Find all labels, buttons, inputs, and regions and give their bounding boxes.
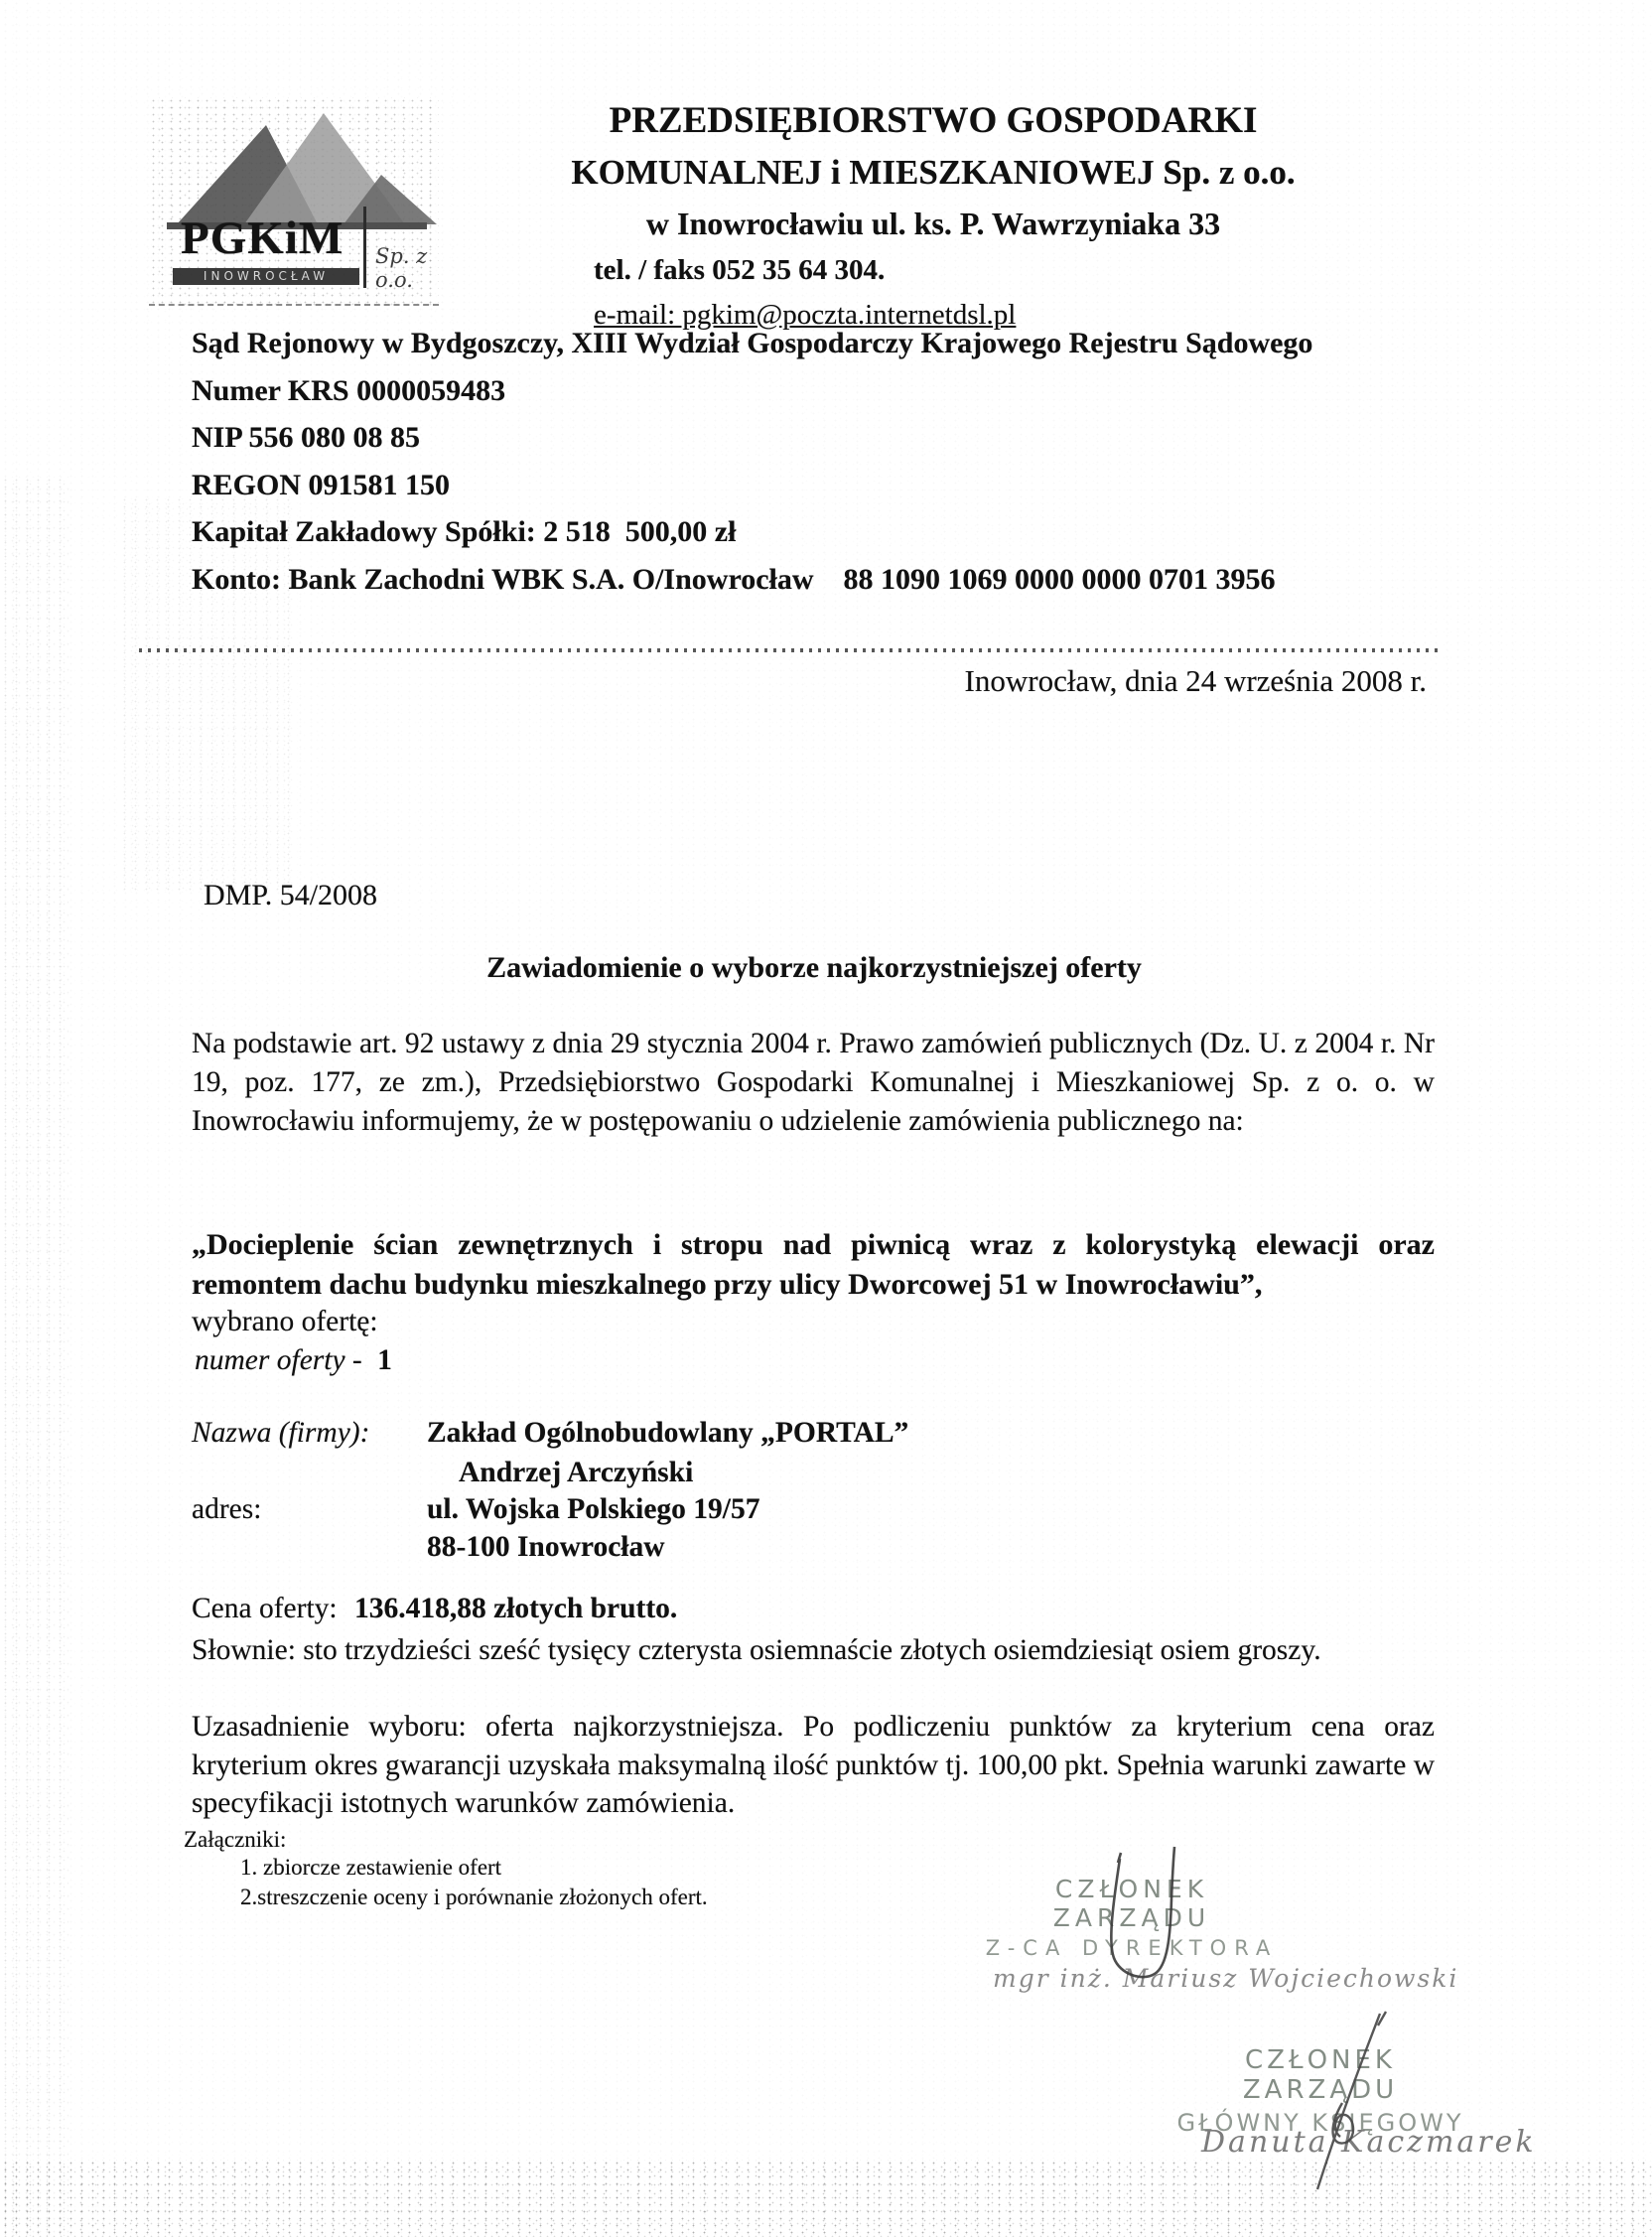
tender-subject: „Docieplenie ścian zewnętrznych i stropu… — [192, 1225, 1435, 1305]
address-label: adres: — [192, 1493, 261, 1526]
letterhead: PRZEDSIĘBIORSTWO GOSPODARKI KOMUNALNEJ i… — [417, 99, 1449, 332]
scan-noise-patch — [119, 496, 298, 894]
price-value: 136.418,88 złotych brutto. — [354, 1593, 677, 1624]
scanned-letter-page: PGKiM INOWROCŁAW Sp. z o.o. PRZEDSIĘBIOR… — [0, 0, 1652, 2237]
stamp2-signatory-name: Danuta Kaczmarek — [1201, 2125, 1537, 2160]
bank-account: Konto: Bank Zachodni WBK S.A. O/Inowrocł… — [192, 556, 1472, 604]
company-address-line: w Inowrocławiu ul. ks. P. Wawrzyniaka 33 — [417, 206, 1449, 242]
price-label: Cena oferty: — [192, 1593, 338, 1624]
address-line2: 88-100 Inowrocław — [427, 1531, 665, 1564]
share-capital: Kapitał Zakładowy Spółki: 2 518 500,00 z… — [192, 508, 1472, 556]
logo-divider — [363, 207, 366, 288]
attachment-item-1: 1. zbiorcze zestawienie ofert — [240, 1855, 501, 1881]
chosen-offer-line: wybrano ofertę: — [192, 1306, 378, 1338]
registry-block: Sąd Rejonowy w Bydgoszczy, XIII Wydział … — [192, 320, 1472, 603]
price-line: Cena oferty: 136.418,88 złotych brutto. — [192, 1593, 677, 1625]
company-name-line2: KOMUNALNEJ i MIESZKANIOWEJ Sp. z o.o. — [417, 153, 1449, 193]
stamp1-signatory-name: mgr inż. Mariusz Wojciechowski — [993, 1964, 1458, 1993]
nip-number: NIP 556 080 08 85 — [192, 414, 1472, 462]
scan-noise-left-edge — [0, 477, 69, 2237]
logo-text: PGKiM — [181, 211, 344, 265]
regon-number: REGON 091581 150 — [192, 462, 1472, 509]
offer-number-value: 1 — [377, 1344, 392, 1376]
phone-line: tel. / faks 052 35 64 304. — [594, 254, 1449, 287]
address-line1: ul. Wojska Polskiego 19/57 — [427, 1493, 760, 1526]
stamp1-role-line1: CZŁONEK ZARZĄDU — [978, 1875, 1286, 1932]
logo-city-band: INOWROCŁAW — [173, 268, 359, 285]
offer-number-line: numer oferty - 1 — [195, 1344, 392, 1377]
dotted-divider — [139, 648, 1442, 652]
intro-paragraph: Na podstawie art. 92 ustawy z dnia 29 st… — [192, 1025, 1435, 1141]
stamp1-role-line2: Z-CA DYREKTORA — [978, 1936, 1286, 1960]
justification-paragraph: Uzasadnienie wyboru: oferta najkorzystni… — [192, 1708, 1435, 1823]
company-logo: PGKiM INOWROCŁAW Sp. z o.o. — [149, 97, 439, 306]
attachments-label: Załączniki: — [184, 1827, 286, 1853]
stamp-deputy-director: CZŁONEK ZARZĄDU Z-CA DYREKTORA — [978, 1875, 1286, 1960]
date-line: Inowrocław, dnia 24 września 2008 r. — [784, 663, 1427, 699]
scan-noise-bottom — [0, 2160, 1652, 2237]
company-label: Nazwa (firmy): — [192, 1417, 369, 1450]
stamp-chief-accountant: CZŁONEK ZARZĄDU GŁÓWNY KSIĘGOWY — [1167, 2045, 1474, 2137]
krs-number: Numer KRS 0000059483 — [192, 367, 1472, 415]
company-person: Andrzej Arczyński — [459, 1457, 693, 1489]
company-name-line1: PRZEDSIĘBIORSTWO GOSPODARKI — [417, 99, 1449, 142]
stamp2-role-line1: CZŁONEK ZARZĄDU — [1167, 2045, 1474, 2105]
offer-number-label: numer oferty - — [195, 1344, 362, 1376]
document-title: Zawiadomienie o wyborze najkorzystniejsz… — [298, 951, 1330, 985]
court-registry-line: Sąd Rejonowy w Bydgoszczy, XIII Wydział … — [192, 320, 1472, 367]
attachment-item-2: 2.streszczenie oceny i porównanie złożon… — [240, 1885, 708, 1910]
price-in-words: Słownie: sto trzydzieści sześć tysięcy c… — [192, 1631, 1435, 1669]
company-name: Zakład Ogólnobudowlany „PORTAL” — [427, 1417, 908, 1450]
